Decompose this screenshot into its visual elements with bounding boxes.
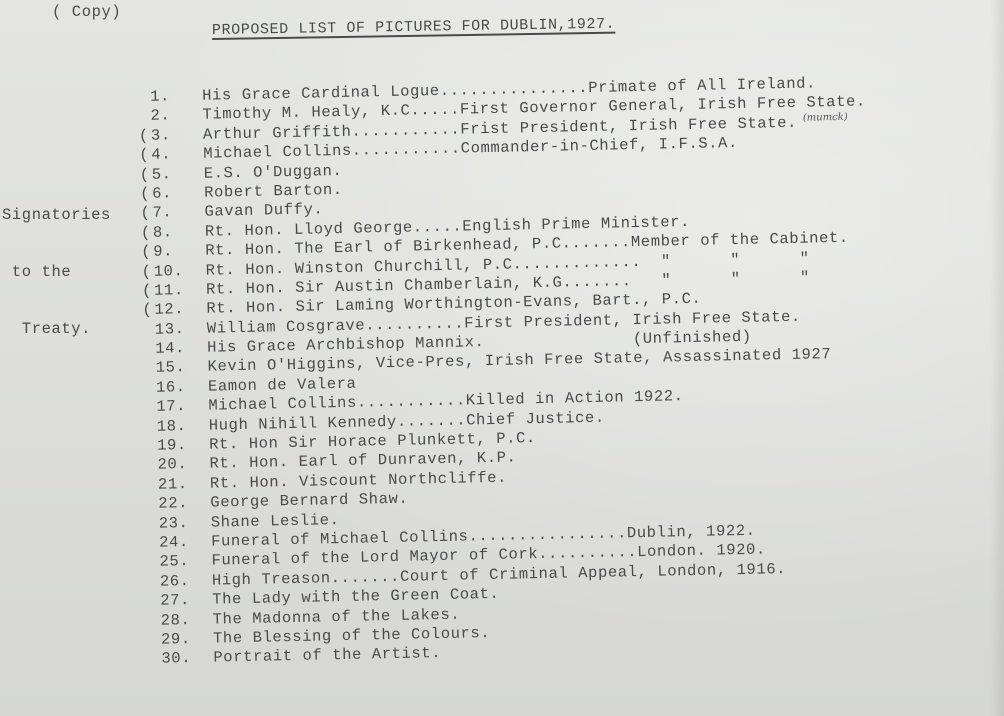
item-number: 25.: [159, 552, 211, 572]
item-number: 1.: [150, 87, 202, 107]
item-number: 16.: [156, 378, 208, 398]
item-number: 15.: [155, 358, 207, 378]
item-number: 5.: [152, 164, 204, 184]
signatories-note: Signatories to the Treaty.: [2, 168, 111, 377]
treaty-bracket: (: [142, 282, 154, 302]
treaty-bracket: (: [142, 262, 154, 282]
item-number: 17.: [156, 397, 208, 417]
item-number: 14.: [155, 339, 207, 359]
item-number: 28.: [161, 610, 213, 630]
signatories-note-line: to the: [2, 263, 111, 282]
item-number: 4.: [151, 145, 203, 165]
item-number: 19.: [157, 436, 209, 456]
item-number: 20.: [157, 455, 209, 475]
item-number: 21.: [158, 474, 210, 494]
signatories-note-line: Signatories: [2, 206, 111, 225]
treaty-bracket: (: [140, 165, 152, 185]
item-number: 7.: [152, 203, 204, 223]
item-number: 13.: [155, 319, 207, 339]
item-text: E.S. O'Duggan.: [204, 161, 343, 182]
item-number: 8.: [153, 222, 205, 242]
item-number: 11.: [154, 281, 206, 301]
item-number: 6.: [152, 184, 204, 204]
item-number: 3.: [151, 125, 203, 145]
item-number: 27.: [160, 591, 212, 611]
item-text: Eamon de Valera: [208, 375, 357, 396]
item-number: 29.: [161, 630, 213, 650]
treaty-bracket: (: [142, 301, 154, 321]
item-number: 10.: [154, 261, 206, 281]
item-number: 9.: [153, 242, 205, 262]
copy-label: ( Copy): [52, 3, 121, 21]
item-number: 18.: [157, 416, 209, 436]
item-number: 23.: [159, 513, 211, 533]
treaty-bracket: (: [140, 204, 152, 224]
item-number: 2.: [150, 106, 202, 126]
treaty-bracket: (: [141, 223, 153, 243]
treaty-bracket: (: [140, 185, 152, 205]
item-number: 26.: [160, 571, 212, 591]
item-text: Gavan Duffy.: [204, 201, 323, 221]
treaty-bracket: (: [139, 127, 151, 147]
picture-list: 1.His Grace Cardinal Logue..............…: [138, 73, 877, 669]
item-number: 22.: [158, 494, 210, 514]
treaty-bracket: (: [141, 243, 153, 263]
item-text: Portrait of the Artist.: [213, 644, 441, 667]
item-text: Shane Leslie.: [211, 511, 340, 532]
item-number: 24.: [159, 533, 211, 553]
item-text: George Bernard Shaw.: [210, 490, 408, 512]
signatories-note-line: Treaty.: [2, 320, 111, 339]
document-page: ( Copy) PROPOSED LIST OF PICTURES FOR DU…: [0, 0, 1004, 716]
item-text: Robert Barton.: [204, 181, 343, 202]
page-edge-shadow: [990, 0, 1004, 716]
item-number: 12.: [154, 300, 206, 320]
treaty-bracket: (: [139, 146, 151, 166]
item-number: 30.: [161, 649, 213, 669]
document-title: PROPOSED LIST OF PICTURES FOR DUBLIN,192…: [212, 16, 615, 39]
handwritten-annotation: (mumck): [803, 112, 848, 124]
